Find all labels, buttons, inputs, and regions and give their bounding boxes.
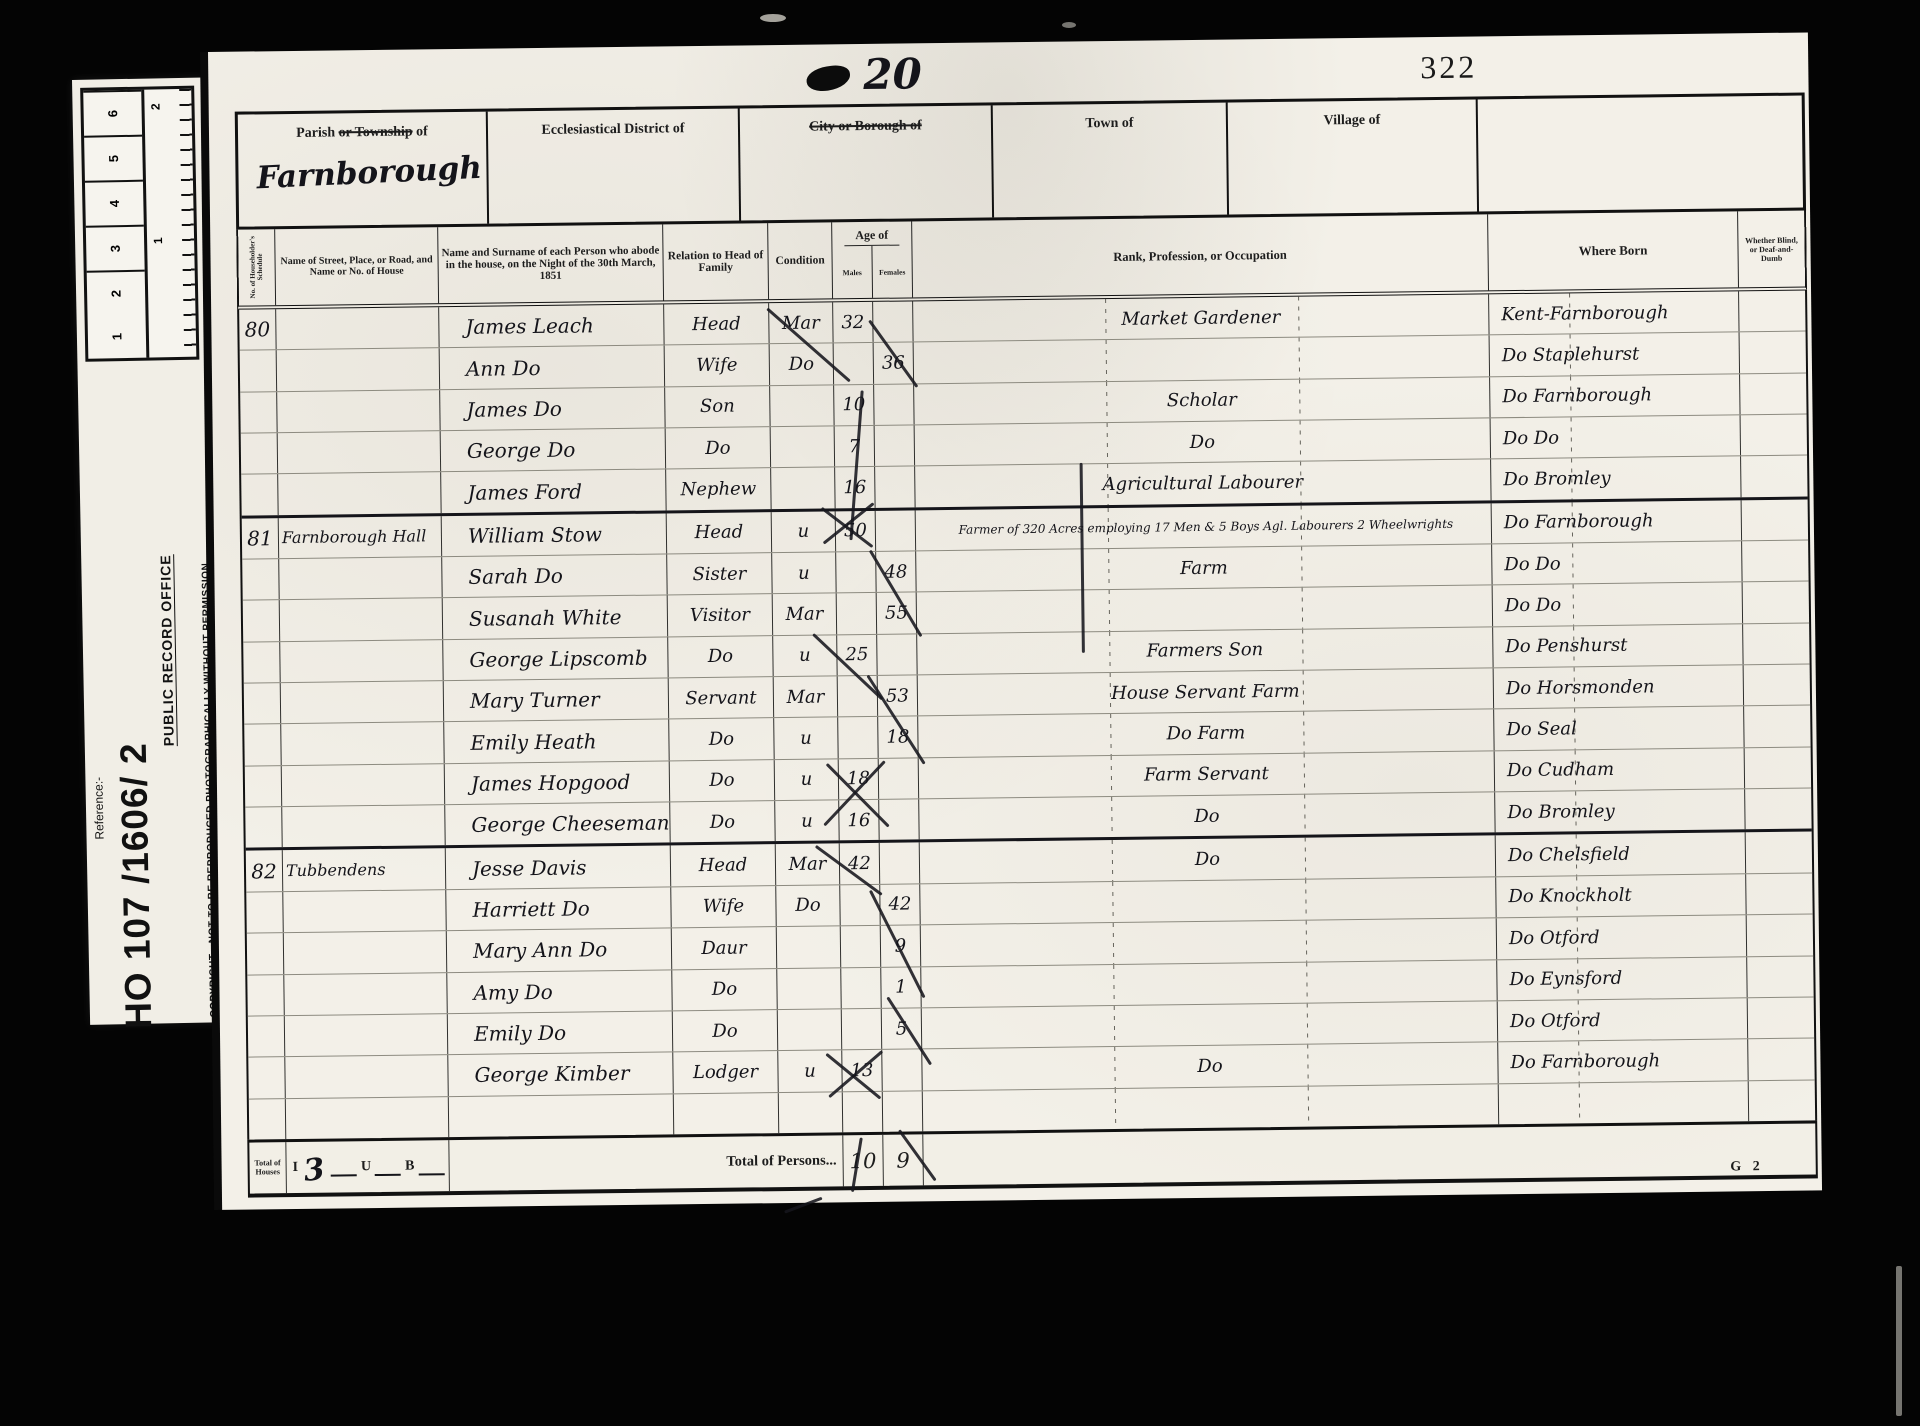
cell-born: Do Chelsfield	[1496, 833, 1746, 876]
ruler-inch-label: 2	[148, 103, 162, 110]
cell-infirm	[1745, 748, 1751, 788]
cell-occupation	[921, 960, 1497, 1007]
cell-age_m	[841, 926, 881, 967]
cell-relation: Son	[665, 386, 770, 428]
cell-occupation: Scholar	[914, 377, 1490, 424]
cell-relation: Do	[668, 636, 773, 678]
cell-street: Farnborough Hall	[279, 516, 442, 558]
total-houses-label: Total of Houses	[249, 1142, 287, 1193]
ruler-cm-label: 3	[86, 225, 145, 271]
cell-street	[277, 390, 440, 432]
cell-street	[278, 473, 441, 515]
cell-condition	[771, 426, 835, 467]
cell-born: Kent-Farnborough	[1489, 291, 1739, 334]
cell-relation: Servant	[669, 677, 774, 719]
cell-condition	[777, 968, 841, 1009]
cell-condition: u	[773, 635, 837, 676]
cell-infirm	[1744, 665, 1750, 705]
ruler-inch-scale: 2 1	[144, 89, 196, 358]
cell-condition: u	[774, 718, 838, 759]
header-filler	[1478, 96, 1803, 212]
cell-name: Emily Heath	[444, 720, 669, 763]
cell-schedule	[249, 1099, 286, 1140]
cell-name: Harriett Do	[446, 887, 671, 930]
cell-relation: Nephew	[666, 469, 771, 511]
cell-schedule	[245, 766, 282, 807]
cell-street	[281, 723, 444, 765]
cell-occupation: Agricultural Labourer	[915, 460, 1491, 507]
census-table-body: 80James LeachHeadMar32Market GardenerKen…	[237, 290, 1817, 1139]
dust-speck	[1062, 22, 1076, 28]
cell-infirm	[1749, 1081, 1755, 1121]
office-name: PUBLIC RECORD OFFICE	[153, 346, 177, 746]
cell-schedule	[247, 933, 284, 974]
parish-label-struck: or Township	[338, 125, 412, 141]
cell-age_f	[883, 1091, 923, 1132]
cell-age_f	[879, 799, 919, 840]
cell-condition: u	[772, 511, 836, 552]
cell-born: Do Seal	[1494, 707, 1744, 750]
cell-infirm	[1744, 707, 1750, 747]
cell-age_f	[875, 425, 915, 466]
total-houses-value: I 3 U B	[286, 1140, 450, 1193]
totals-filler	[923, 1123, 1816, 1185]
cell-born: Do Bromley	[1495, 789, 1745, 832]
pen-tally-strokes	[208, 32, 1808, 52]
cell-born: Do Otford	[1498, 998, 1748, 1041]
cell-born: Do Farnborough	[1492, 500, 1742, 543]
cell-street	[277, 349, 440, 391]
cell-condition: Mar	[773, 594, 837, 635]
census-sheet: 20 322 Parish or Township of Farnborough…	[208, 32, 1822, 1209]
cell-born: Do Penshurst	[1493, 624, 1743, 667]
cell-schedule	[244, 683, 281, 724]
cell-condition	[778, 1009, 842, 1050]
cell-street	[282, 764, 445, 806]
column-header-street: Name of Street, Place, or Road, and Name…	[275, 227, 439, 305]
ruler: 654321 2 1	[80, 86, 199, 362]
cell-relation: Do	[672, 969, 777, 1011]
cell-condition: Mar	[774, 676, 838, 717]
cell-relation: Wife	[671, 886, 776, 928]
piece-number: 20	[863, 49, 922, 99]
ruler-cm-label: 5	[84, 135, 143, 181]
cell-schedule: 81	[242, 518, 279, 559]
cell-born: Do Farnborough	[1498, 1039, 1748, 1082]
city-borough-field: City or Borough of	[740, 105, 994, 220]
cell-infirm	[1741, 415, 1747, 455]
cell-age_f	[874, 384, 914, 425]
cell-name: James Do	[440, 387, 665, 430]
town-field: Town of	[993, 103, 1229, 218]
ruler-inch-label: 1	[151, 237, 165, 244]
cell-schedule	[248, 1057, 285, 1098]
village-field: Village of	[1228, 99, 1479, 214]
cell-relation: Wife	[665, 345, 770, 387]
column-header-condition: Condition	[768, 222, 833, 299]
cell-relation: Do	[670, 760, 775, 802]
ink-blot	[805, 63, 852, 93]
cell-schedule	[243, 642, 280, 683]
column-header-relation: Relation to Head of Family	[663, 223, 769, 300]
cell-relation: Do	[666, 427, 771, 469]
cell-street	[279, 557, 442, 599]
cell-infirm	[1746, 874, 1752, 914]
parish-field: Parish or Township of Farnborough	[238, 112, 489, 227]
cell-age_f	[876, 510, 916, 551]
houses-building-label: B	[405, 1158, 415, 1174]
cell-relation: Do	[669, 719, 774, 761]
cell-name: Amy Do	[447, 970, 672, 1013]
cell-occupation	[923, 1084, 1499, 1131]
cell-condition	[777, 926, 841, 967]
cell-age_f: 9	[881, 926, 921, 967]
cell-occupation: Farmers Son	[917, 627, 1493, 674]
cell-name: Sarah Do	[442, 554, 667, 597]
cell-infirm	[1748, 998, 1754, 1038]
cell-relation: Sister	[667, 553, 772, 595]
cell-age_m: 18	[839, 759, 879, 800]
cell-born: Do Eynsford	[1497, 957, 1747, 1000]
cell-schedule	[240, 392, 277, 433]
cell-infirm	[1747, 915, 1753, 955]
cell-schedule	[247, 975, 284, 1016]
cell-street	[282, 805, 445, 847]
cell-occupation	[921, 918, 1497, 965]
cell-age_f	[875, 467, 915, 508]
cell-born: Do Cudham	[1495, 748, 1745, 791]
cell-condition: Do	[776, 885, 840, 926]
ruler-cm-label: 4	[85, 180, 144, 226]
ecclesiastical-district-field: Ecclesiastical District of	[488, 109, 741, 224]
cell-age_f	[882, 1050, 922, 1091]
cell-relation: Head	[664, 303, 769, 345]
cell-age_f: 53	[878, 675, 918, 716]
cell-name: Jesse Davis	[446, 846, 671, 889]
cell-occupation: Market Gardener	[913, 294, 1489, 341]
cell-relation: Lodger	[673, 1051, 778, 1093]
cell-schedule	[241, 433, 278, 474]
cell-age_m: 32	[833, 302, 873, 343]
column-header-age-males: Males	[832, 246, 873, 298]
total-males: 10	[843, 1135, 884, 1186]
cell-condition	[770, 385, 834, 426]
cell-born: Do Do	[1492, 541, 1742, 584]
cell-name: Mary Ann Do	[447, 929, 672, 972]
cell-street	[284, 931, 447, 973]
cell-schedule	[242, 559, 279, 600]
cell-street	[285, 1055, 448, 1097]
district-label: Ecclesiastical District of	[541, 121, 684, 138]
cell-name: Emily Do	[448, 1011, 673, 1054]
cell-infirm	[1747, 957, 1753, 997]
column-header-age-females: Females	[872, 245, 912, 297]
reference-number: HO 107 /1606/ 2	[107, 469, 160, 1030]
rule-segment	[418, 1157, 444, 1175]
cell-schedule	[248, 1016, 285, 1057]
cell-schedule	[246, 892, 283, 933]
cell-occupation: Farm Servant	[919, 751, 1495, 798]
cell-born: Do Do	[1491, 415, 1741, 458]
cell-street	[286, 1097, 449, 1139]
folio-number: 322	[1420, 48, 1477, 86]
cell-age_m	[834, 343, 874, 384]
houses-inhabited-count: 3	[302, 1152, 327, 1189]
reference-label: Reference:-	[89, 640, 107, 840]
cell-infirm	[1741, 457, 1747, 497]
cell-name: James Ford	[441, 470, 666, 513]
pen-stroke	[784, 1197, 822, 1214]
cell-occupation: Do	[919, 792, 1495, 839]
cell-age_m	[842, 1009, 882, 1050]
ruler-centimetre-scale: 654321	[83, 90, 149, 359]
cell-name: Mary Turner	[444, 679, 669, 722]
cell-relation: Daur	[672, 927, 777, 969]
cell-occupation: Do	[920, 836, 1496, 883]
column-header-born: Where Born	[1488, 211, 1739, 290]
cell-age_m: 10	[834, 385, 874, 426]
cell-relation: Head	[671, 845, 776, 887]
cell-infirm	[1739, 291, 1745, 331]
cell-schedule: 80	[239, 309, 276, 350]
cell-age_f	[880, 843, 920, 884]
cell-infirm	[1740, 333, 1746, 373]
cell-condition	[779, 1092, 843, 1133]
place-header-band: Parish or Township of Farnborough Eccles…	[235, 92, 1806, 229]
cell-street	[280, 640, 443, 682]
cell-street	[281, 681, 444, 723]
houses-uninhabited-label: U	[361, 1159, 371, 1175]
cell-street	[283, 890, 446, 932]
cell-age_m	[837, 593, 877, 634]
microfilm-scan: 654321 2 1 PUBLIC RECORD OFFICE HO 107 /…	[0, 0, 1920, 1426]
cell-schedule	[241, 475, 278, 516]
ruler-cm-label: 6	[83, 90, 142, 136]
cell-name: William Stow	[442, 513, 667, 556]
cell-age_m	[836, 552, 876, 593]
cell-name	[449, 1094, 674, 1137]
cell-name: George Do	[441, 428, 666, 471]
cell-name: Ann Do	[440, 346, 665, 389]
cell-infirm	[1745, 789, 1751, 829]
cell-relation	[674, 1093, 779, 1135]
cell-occupation: Do	[922, 1042, 1498, 1089]
houses-inhabited-label: I	[293, 1159, 299, 1175]
cell-street	[284, 973, 447, 1015]
parish-label: Parish	[296, 125, 339, 141]
cell-relation: Do	[673, 1010, 778, 1052]
reference-strip: 654321 2 1 PUBLIC RECORD OFFICE HO 107 /…	[72, 77, 222, 1024]
ruler-cm-label: 1	[88, 315, 147, 359]
cell-age_m	[838, 717, 878, 758]
cell-occupation: Farmer of 320 Acres employing 17 Men & 5…	[916, 503, 1492, 550]
cell-infirm	[1746, 833, 1752, 873]
cell-name: George Lipscomb	[443, 637, 668, 680]
cell-born: Do Knockholt	[1496, 874, 1746, 917]
cell-occupation	[917, 586, 1493, 633]
cell-name: James Hopgood	[445, 761, 670, 804]
cell-street	[280, 599, 443, 641]
cell-age_m	[841, 967, 881, 1008]
cell-street	[285, 1014, 448, 1056]
cell-occupation: Farm	[916, 544, 1492, 591]
ruler-cm-label: 2	[87, 270, 146, 316]
column-header-infirm: Whether Blind, or Deaf-and-Dumb	[1738, 211, 1805, 288]
cell-condition: Do	[770, 344, 834, 385]
cell-occupation	[920, 877, 1496, 924]
cell-occupation	[914, 336, 1490, 383]
cell-condition: Mar	[776, 844, 840, 885]
cell-age_m: 16	[839, 800, 879, 841]
cell-infirm	[1740, 374, 1746, 414]
column-header-name: Name and Surname of each Person who abod…	[438, 224, 664, 303]
cell-occupation	[922, 1001, 1498, 1048]
cell-schedule	[243, 601, 280, 642]
rule-segment	[331, 1158, 357, 1176]
rule-segment	[375, 1157, 401, 1175]
total-persons-label: Total of Persons...	[449, 1135, 844, 1191]
cell-relation: Head	[667, 512, 772, 554]
cell-born	[1499, 1081, 1749, 1124]
cell-condition: u	[772, 552, 836, 593]
cell-name: James Leach	[439, 304, 664, 347]
film-edge-streak	[1896, 1266, 1902, 1416]
cell-infirm	[1748, 1039, 1754, 1079]
cell-born: Do Do	[1493, 583, 1743, 626]
cell-schedule: 82	[246, 851, 283, 892]
cell-age_f	[879, 758, 919, 799]
cell-street: Tubbendens	[283, 849, 446, 891]
cell-born: Do Otford	[1497, 915, 1747, 958]
cell-schedule	[245, 807, 282, 848]
cell-born: Do Staplehurst	[1490, 333, 1740, 376]
town-label: Town of	[1085, 116, 1133, 132]
column-header-schedule: No. of Householder's Schedule	[238, 229, 276, 305]
cell-schedule	[240, 351, 277, 392]
cell-infirm	[1743, 624, 1749, 664]
cell-relation: Visitor	[668, 595, 773, 637]
dust-speck	[760, 14, 786, 22]
cell-infirm	[1742, 541, 1748, 581]
cell-age_m: 25	[837, 635, 877, 676]
cell-age_f: 1	[881, 967, 921, 1008]
cell-name: Susanah White	[443, 596, 668, 639]
column-header-age: Age of Males Females	[832, 221, 913, 298]
parish-label-of: of	[413, 124, 428, 139]
cell-born: Do Bromley	[1491, 457, 1741, 500]
total-females: 9	[883, 1134, 924, 1185]
cell-occupation: Do	[915, 418, 1491, 465]
cell-born: Do Horsmonden	[1494, 665, 1744, 708]
cell-street	[278, 431, 441, 473]
cell-schedule	[244, 725, 281, 766]
village-label: Village of	[1324, 113, 1381, 129]
cell-occupation: Do Farm	[918, 710, 1494, 757]
cell-infirm	[1743, 583, 1749, 623]
cell-name: George Cheeseman	[445, 803, 670, 846]
cell-born: Do Farnborough	[1490, 374, 1740, 417]
cell-relation: Do	[670, 801, 775, 843]
plate-mark: G 2	[1730, 1159, 1764, 1175]
cell-infirm	[1742, 500, 1748, 540]
cell-name: George Kimber	[448, 1053, 673, 1096]
cell-condition	[771, 468, 835, 509]
cell-street	[276, 307, 439, 349]
cell-occupation: House Servant Farm	[918, 668, 1494, 715]
cell-age_f	[877, 634, 917, 675]
city-label-struck: City or Borough of	[809, 118, 922, 134]
parish-value: Farnborough	[256, 150, 483, 197]
column-header-occupation: Rank, Profession, or Occupation	[912, 214, 1489, 297]
